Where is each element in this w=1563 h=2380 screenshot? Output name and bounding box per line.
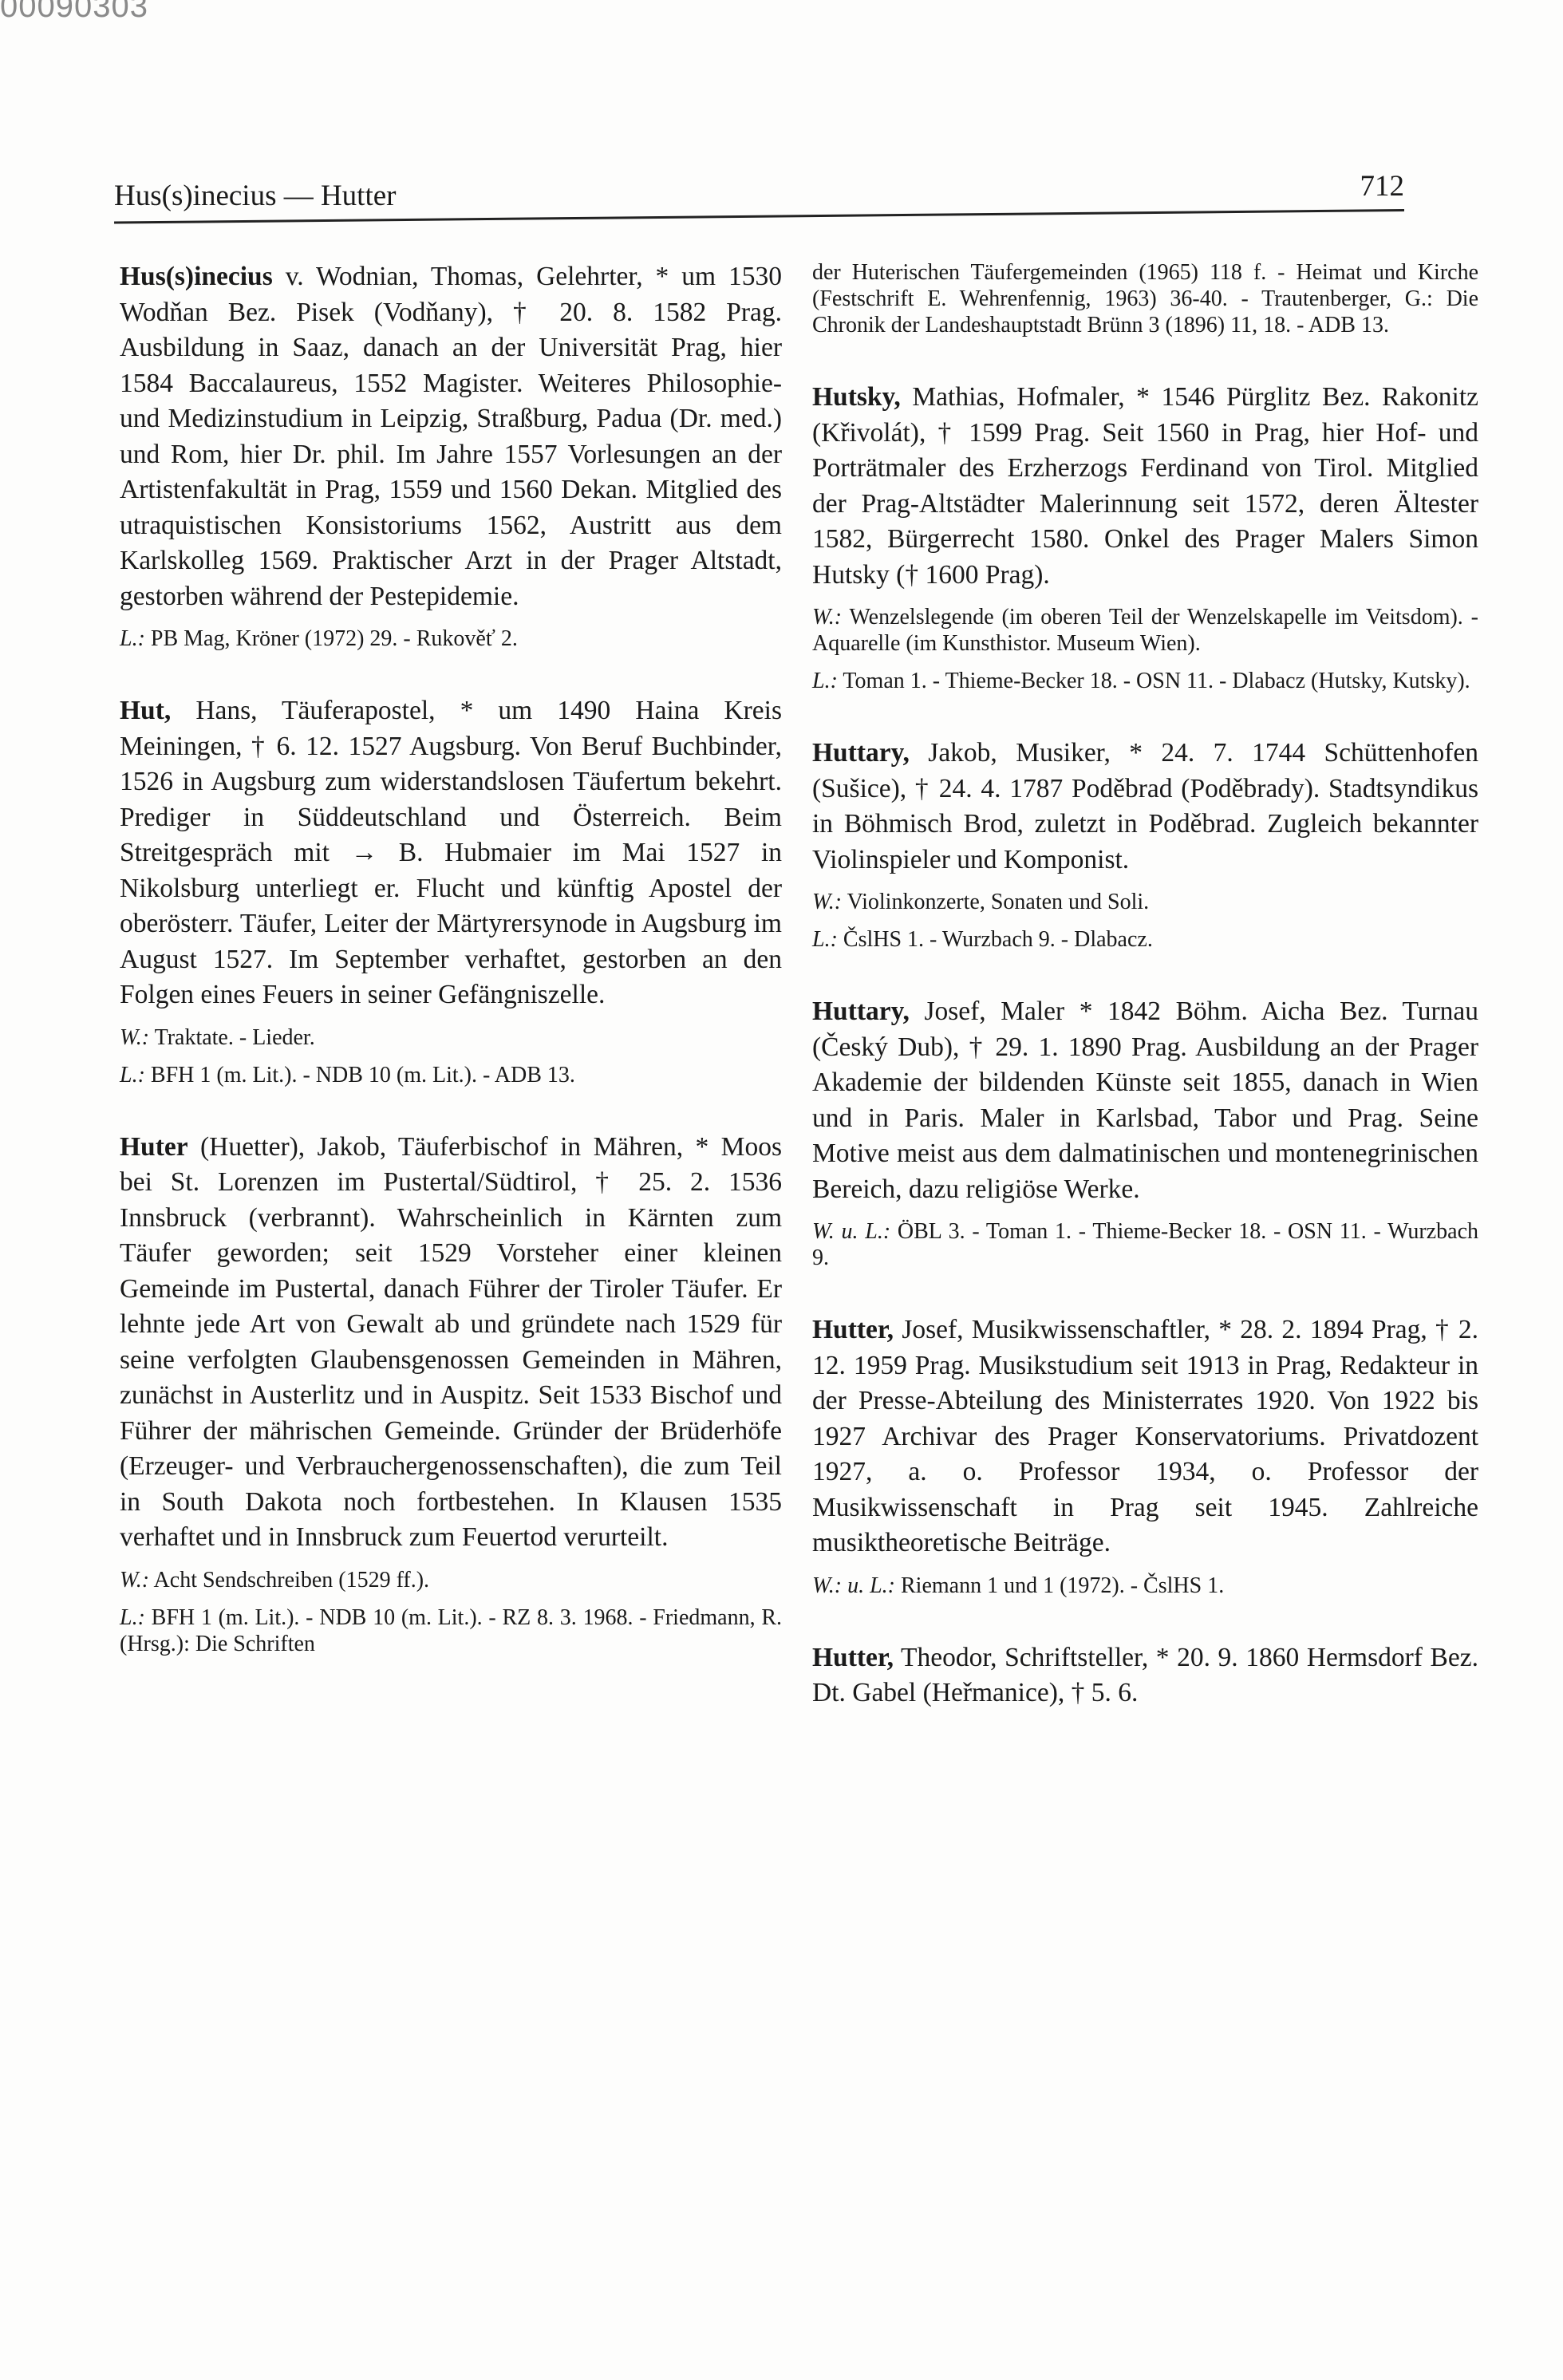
entry-huttary-jakob: Huttary, Jakob, Musiker, * 24. 7. 1744 S… (812, 736, 1478, 878)
entry-body: Jakob, Musiker, * 24. 7. 1744 Schüttenho… (812, 738, 1478, 874)
entry-headword: Hutter, (812, 1643, 894, 1672)
entry-body: Josef, Maler * 1842 Böhm. Aicha Bez. Tur… (812, 997, 1478, 1204)
entry-huter: Huter (Huetter), Jakob, Täuferbischof in… (120, 1130, 782, 1556)
entry-headword: Huttary, (812, 997, 910, 1026)
entry-hussinecius: Hus(s)inecius v. Wodnian, Thomas, Gelehr… (120, 259, 782, 614)
literature-ref: L.: Toman 1. - Thieme-Becker 18. - OSN 1… (812, 668, 1478, 694)
entry-body: (Huetter), Jakob, Täuferbischof in Mähre… (120, 1132, 782, 1553)
archive-stamp: 00090303 (0, 0, 148, 25)
entry-body: v. Wodnian, Thomas, Gelehrter, * um 1530… (120, 262, 782, 611)
works-ref: W.: Wenzelslegende (im oberen Teil der W… (812, 604, 1478, 657)
works-ref: W.: Traktate. - Lieder. (120, 1024, 782, 1051)
entry-hutsky: Hutsky, Mathias, Hofmaler, * 1546 Pürgli… (812, 380, 1478, 593)
left-column: Hus(s)inecius v. Wodnian, Thomas, Gelehr… (120, 259, 782, 1668)
literature-ref: L.: BFH 1 (m. Lit.). - NDB 10 (m. Lit.).… (120, 1062, 782, 1088)
entry-headword: Hus(s)inecius (120, 262, 273, 291)
entry-headword: Huttary, (812, 738, 910, 768)
entry-headword: Hut, (120, 696, 171, 725)
literature-ref: L.: ČslHS 1. - Wurzbach 9. - Dlabacz. (812, 926, 1478, 953)
entry-body: Hans, Täuferapostel, * um 1490 Haina Kre… (120, 696, 782, 1009)
literature-ref: L.: PB Mag, Kröner (1972) 29. - Rukověť … (120, 626, 782, 652)
works-literature-ref: W.: u. L.: Riemann 1 und 1 (1972). - Čsl… (812, 1573, 1478, 1599)
works-ref: W.: Acht Sendschreiben (1529 ff.). (120, 1567, 782, 1593)
entry-body: Josef, Musikwissenschaftler, * 28. 2. 18… (812, 1315, 1478, 1557)
entry-headword: Huter (120, 1132, 188, 1162)
running-head-title: Hus(s)inecius — Hutter (114, 179, 397, 213)
works-literature-ref: W. u. L.: ÖBL 3. - Toman 1. - Thieme-Bec… (812, 1218, 1478, 1271)
entry-hutter-theodor: Hutter, Theodor, Schriftsteller, * 20. 9… (812, 1640, 1478, 1711)
entry-body: Mathias, Hofmaler, * 1546 Pürglitz Bez. … (812, 382, 1478, 590)
entry-hut: Hut, Hans, Täuferapostel, * um 1490 Hain… (120, 693, 782, 1013)
entry-headword: Hutsky, (812, 382, 901, 412)
entry-hutter-josef: Hutter, Josef, Musikwissenschaftler, * 2… (812, 1312, 1478, 1561)
entry-huttary-josef: Huttary, Josef, Maler * 1842 Böhm. Aicha… (812, 994, 1478, 1207)
right-column: der Huterischen Täufergemeinden (1965) 1… (812, 259, 1478, 1723)
page-number: 712 (1360, 169, 1405, 203)
entry-headword: Hutter, (812, 1315, 894, 1344)
literature-ref: L.: BFH 1 (m. Lit.). - NDB 10 (m. Lit.).… (120, 1604, 782, 1657)
continued-literature-ref: der Huterischen Täufergemeinden (1965) 1… (812, 259, 1478, 338)
works-ref: W.: Violinkonzerte, Sonaten und Soli. (812, 889, 1478, 915)
entry-body: Theodor, Schriftsteller, * 20. 9. 1860 H… (812, 1643, 1478, 1708)
